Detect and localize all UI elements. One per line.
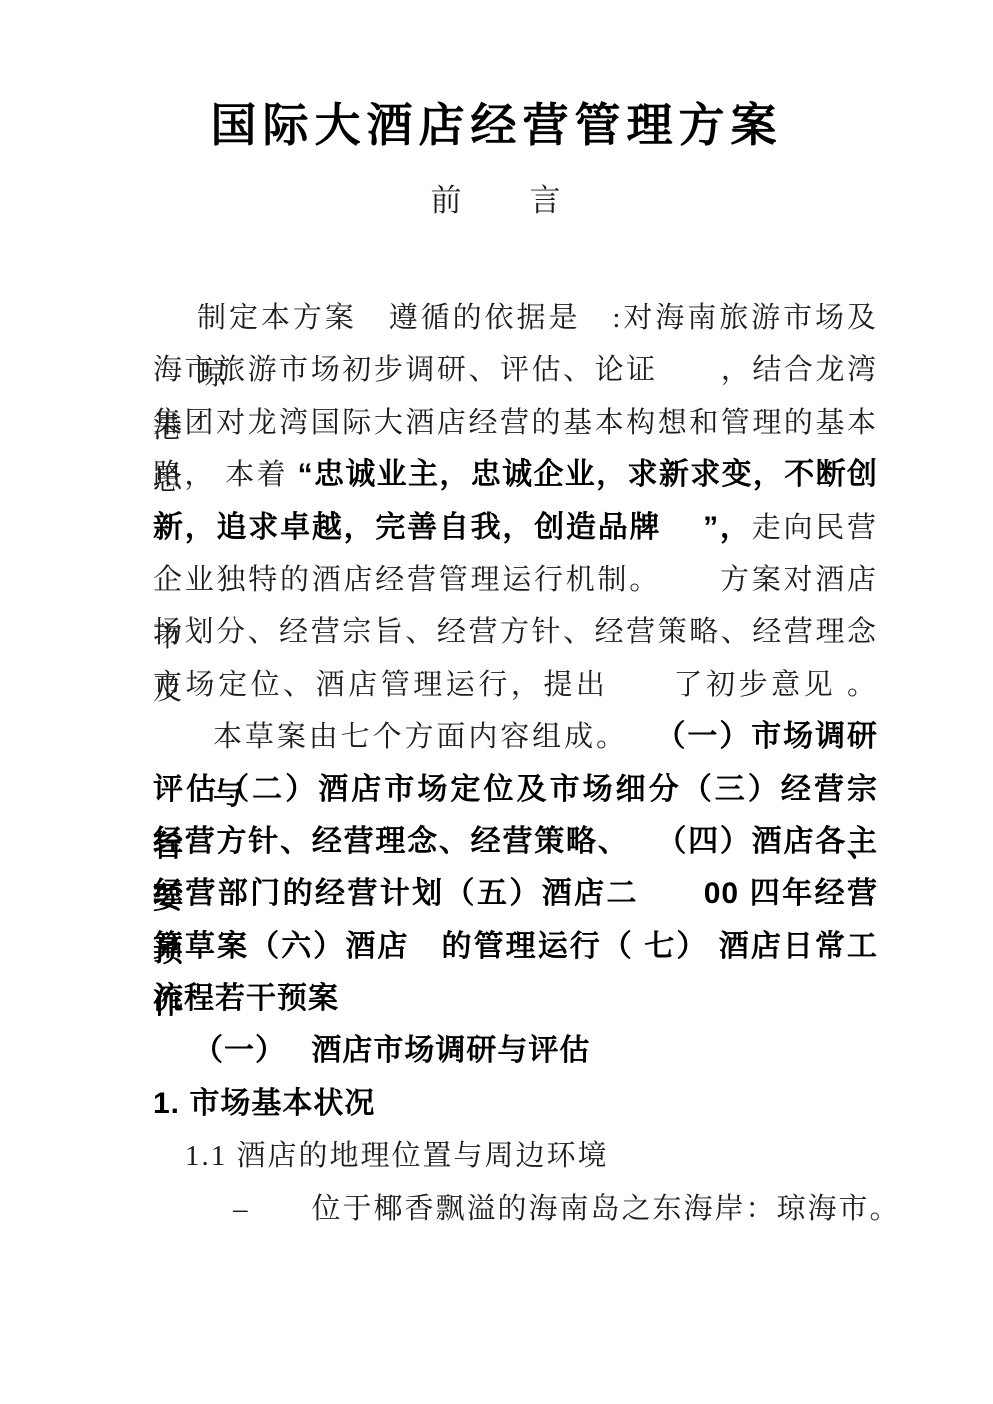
document-body: 制定本方案 遵循的依据是 :对海南旅游市场及琼海市旅游市场初步调研、评估、论证 …: [153, 292, 878, 1235]
text-line: 市场定位、酒店管理运行，提出 了初步意见 。: [153, 659, 878, 711]
text-line: 本草案由七个方面内容组成。 （一）市场调研与: [153, 711, 878, 763]
bold-text-segment: “忠诚业主，忠诚企业，求新求变，不断创: [298, 458, 878, 491]
text-line: 集团对龙湾国际大酒店经营的基本构想和管理的基本思: [153, 397, 878, 449]
text-line: – 位于椰香飘溢的海南岛之东海岸：琼海市。: [153, 1183, 878, 1235]
text-segment: 市场定位、酒店管理运行，提出 了初步意见 。: [153, 669, 878, 701]
text-line: 流程若干预案: [153, 973, 878, 1025]
text-line: 算草案（六）酒店 的管理运行（ 七） 酒店日常工作: [153, 921, 878, 973]
bold-text-segment: 新，追求卓越，完善自我，创造品牌 ”，: [153, 511, 752, 544]
text-line: 海市旅游市场初步调研、评估、论证 ，结合龙湾港: [153, 344, 878, 396]
bold-text-segment: （一） 酒店市场调研与评估: [193, 1034, 590, 1067]
document-page: 国际大酒店经营管理方案 前 言 制定本方案 遵循的依据是 :对海南旅游市场及琼海…: [0, 0, 993, 1404]
text-line: 经营部门的经营计划（五）酒店二 00 四年经营预: [153, 868, 878, 920]
document-title: 国际大酒店经营管理方案: [0, 100, 993, 150]
text-segment: – 位于椰香飘溢的海南岛之东海岸：琼海市。: [233, 1193, 901, 1225]
text-segment: 路， 本着: [153, 459, 298, 491]
text-line: 制定本方案 遵循的依据是 :对海南旅游市场及琼: [153, 292, 878, 344]
text-line: 1.1 酒店的地理位置与周边环境: [153, 1130, 878, 1182]
text-line: 企业独特的酒店经营管理运行机制。 方案对酒店市: [153, 554, 878, 606]
text-line: 新，追求卓越，完善自我，创造品牌 ”，走向民营: [153, 502, 878, 554]
text-line: 场划分、经营宗旨、经营方针、经营策略、经营理念及: [153, 606, 878, 658]
bold-text-segment: 流程若干预案: [153, 982, 339, 1015]
text-line: 1. 市场基本状况: [153, 1078, 878, 1130]
text-segment: 走向民营: [752, 512, 878, 544]
bold-text-segment: 1. 市场基本状况: [153, 1087, 375, 1120]
text-segment: 1.1 酒店的地理位置与周边环境: [185, 1140, 609, 1172]
text-line: （一） 酒店市场调研与评估: [153, 1025, 878, 1077]
document-header: 国际大酒店经营管理方案 前 言: [0, 0, 993, 220]
text-line: 评估（二）酒店市场定位及市场细分（三）经营宗旨、: [153, 764, 878, 816]
text-segment: 本草案由七个方面内容组成。: [213, 721, 656, 753]
text-line: 路， 本着 “忠诚业主，忠诚企业，求新求变，不断创: [153, 449, 878, 501]
document-subtitle: 前 言: [0, 182, 993, 220]
text-line: 经营方针、经营理念、经营策略、 （四）酒店各主要: [153, 816, 878, 868]
